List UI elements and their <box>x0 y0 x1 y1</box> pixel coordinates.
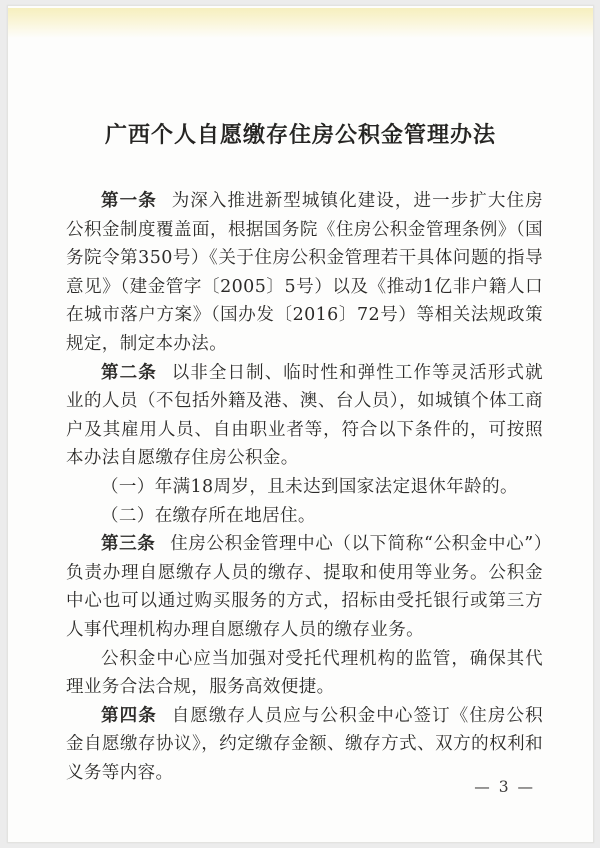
article-3-label: 第三条 <box>101 534 155 554</box>
document-page: 广西个人自愿缴存住房公积金管理办法 第一条为深入推进新型城镇化建设，进一步扩大住… <box>7 5 594 843</box>
document-body: 第一条为深入推进新型城镇化建设，进一步扩大住房公积金制度覆盖面，根据国务院《住房… <box>66 187 543 787</box>
paragraph-article-2: 第二条以非全日制、临时性和弹性工作等灵活形式就业的人员（不包括外籍及港、澳、台人… <box>66 359 543 473</box>
paragraph-article-3-cont: 公积金中心应当加强对受托代理机构的监管，确保其代理业务合法合规，服务高效便捷。 <box>66 645 543 702</box>
paragraph-item-2: （二）在缴存所在地居住。 <box>66 502 543 531</box>
article-1-text: 为深入推进新型城镇化建设，进一步扩大住房公积金制度覆盖面，根据国务院《住房公积金… <box>66 191 543 354</box>
article-1-label: 第一条 <box>101 191 157 211</box>
paragraph-article-1: 第一条为深入推进新型城镇化建设，进一步扩大住房公积金制度覆盖面，根据国务院《住房… <box>66 187 543 359</box>
scan-tint-band <box>8 8 593 38</box>
paragraph-article-3: 第三条住房公积金管理中心（以下简称“公积金中心”）负责办理自愿缴存人员的缴存、提… <box>66 530 543 644</box>
item-2-text: （二）在缴存所在地居住。 <box>101 506 316 526</box>
paragraph-item-1: （一）年满18周岁，且未达到国家法定退休年龄的。 <box>66 473 543 502</box>
article-2-label: 第二条 <box>101 363 157 383</box>
article-3-cont-text: 公积金中心应当加强对受托代理机构的监管，确保其代理业务合法合规，服务高效便捷。 <box>66 649 543 698</box>
paragraph-article-4: 第四条自愿缴存人员应与公积金中心签订《住房公积金自愿缴存协议》，约定缴存金额、缴… <box>66 702 543 788</box>
document-title: 广西个人自愿缴存住房公积金管理办法 <box>8 118 593 149</box>
item-1-text: （一）年满18周岁，且未达到国家法定退休年龄的。 <box>101 477 518 497</box>
page-number: — 3 — <box>474 778 535 796</box>
article-4-label: 第四条 <box>101 706 157 726</box>
